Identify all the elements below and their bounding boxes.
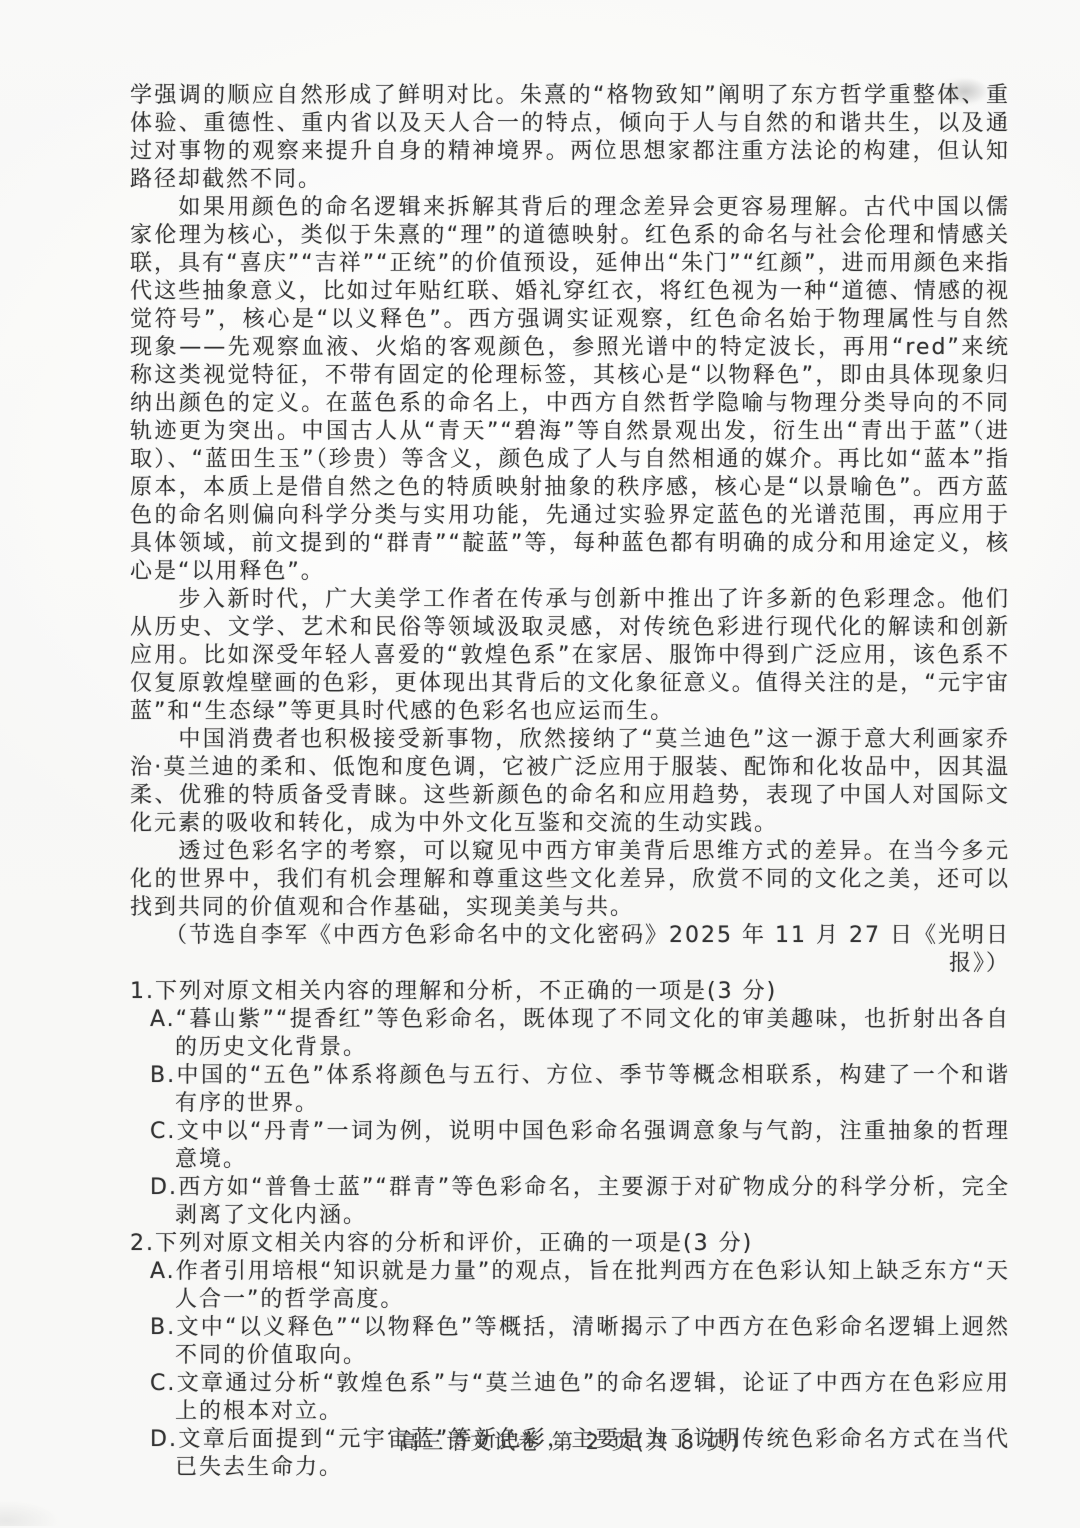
passage-paragraph: 透过色彩名字的考察，可以窥见中西方审美背后思维方式的差异。在当今多元化的世界中，… [130, 838, 1010, 922]
question-option-b: B.文中“以义释色”“以物释色”等概括，清晰揭示了中西方在色彩命名逻辑上迥然不同… [130, 1314, 1010, 1370]
question-option-a: A.“暮山紫”“提香红”等色彩命名，既体现了不同文化的审美趣味，也折射出各自的历… [130, 1006, 1010, 1062]
exam-page-scan: 学强调的顺应自然形成了鲜明对比。朱熹的“格物致知”阐明了东方哲学重整体、重体验、… [0, 0, 1080, 1528]
passage-source-citation: （节选自李军《中西方色彩命名中的文化密码》2025 年 11 月 27 日《光明… [130, 922, 1010, 978]
scan-smudge [0, 1500, 60, 1526]
question-option-c: C.文章通过分析“敦煌色系”与“莫兰迪色”的命名逻辑，论证了中西方在色彩应用上的… [130, 1370, 1010, 1426]
question-option-a: A.作者引用培根“知识就是力量”的观点，旨在批判西方在色彩认知上缺乏东方“天人合… [130, 1258, 1010, 1314]
passage-paragraph: 中国消费者也积极接受新事物，欣然接纳了“莫兰迪色”这一源于意大利画家乔治·莫兰迪… [130, 726, 1010, 838]
page-footer: 高三语文试卷 第 2 页(共 8 页) [130, 1426, 1010, 1456]
question-option-c: C.文中以“丹青”一词为例，说明中国色彩命名强调意象与气韵，注重抽象的哲理意境。 [130, 1118, 1010, 1174]
question-option-d: D.西方如“普鲁士蓝”“群青”等色彩命名，主要源于对矿物成分的科学分析，完全剥离… [130, 1174, 1010, 1230]
question-option-b: B.中国的“五色”体系将颜色与五行、方位、季节等概念相联系，构建了一个和谐有序的… [130, 1062, 1010, 1118]
question-stem: 2.下列对原文相关内容的分析和评价，正确的一项是(3 分) [130, 1230, 1010, 1258]
passage-body: 学强调的顺应自然形成了鲜明对比。朱熹的“格物致知”阐明了东方哲学重整体、重体验、… [130, 82, 1010, 1482]
passage-paragraph: 学强调的顺应自然形成了鲜明对比。朱熹的“格物致知”阐明了东方哲学重整体、重体验、… [130, 82, 1010, 194]
passage-paragraph: 如果用颜色的命名逻辑来拆解其背后的理念差异会更容易理解。古代中国以儒家伦理为核心… [130, 194, 1010, 586]
passage-paragraph: 步入新时代，广大美学工作者在传承与创新中推出了许多新的色彩理念。他们从历史、文学… [130, 586, 1010, 726]
question-stem: 1.下列对原文相关内容的理解和分析，不正确的一项是(3 分) [130, 978, 1010, 1006]
question-1: 1.下列对原文相关内容的理解和分析，不正确的一项是(3 分) A.“暮山紫”“提… [130, 978, 1010, 1230]
